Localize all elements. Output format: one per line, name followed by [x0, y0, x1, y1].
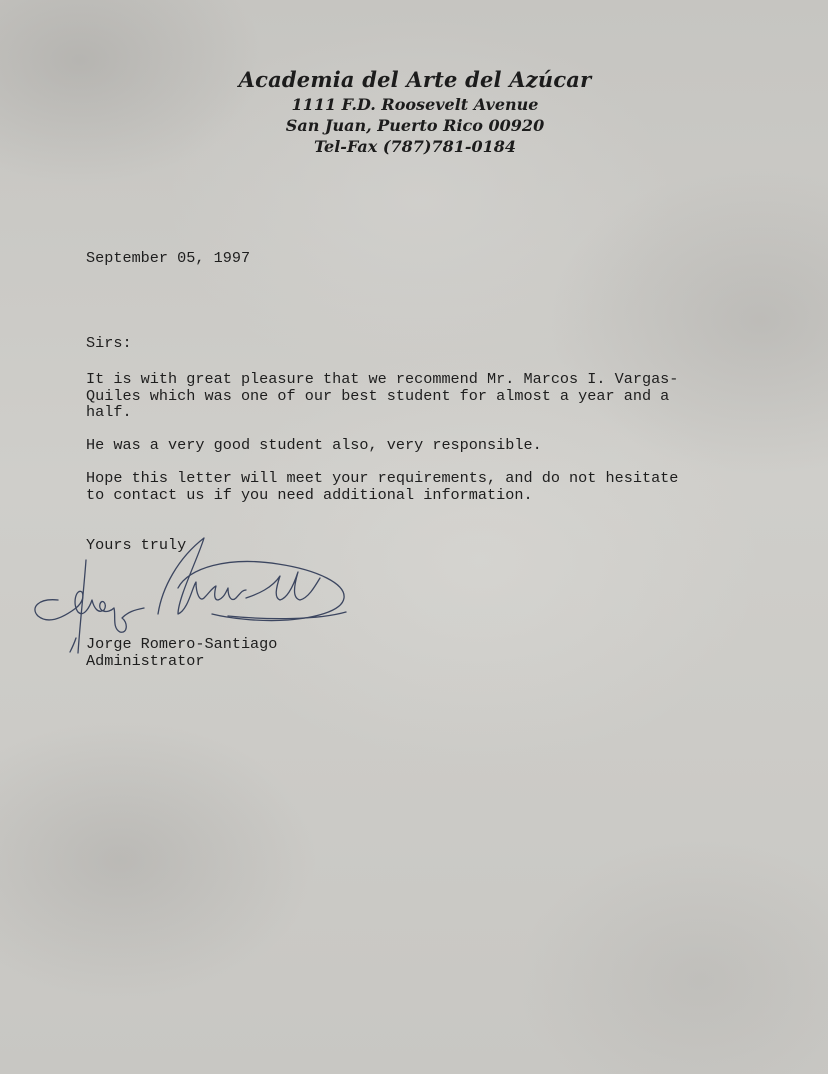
phone-fax: Tel-Fax (787)781-0184 — [230, 136, 600, 157]
salutation: Sirs: — [86, 335, 132, 352]
body-paragraph-3: Hope this letter will meet your requirem… — [86, 470, 678, 503]
signer-title: Administrator — [86, 653, 204, 670]
organization-name: Academia del Arte del Azúcar — [230, 66, 600, 94]
address-line-2: San Juan, Puerto Rico 00920 — [230, 115, 600, 136]
letter-date: September 05, 1997 — [86, 250, 250, 267]
body-paragraph-1: It is with great pleasure that we recomm… — [86, 371, 678, 421]
body-paragraph-2: He was a very good student also, very re… — [86, 437, 542, 454]
address-line-1: 1111 F.D. Roosevelt Avenue — [230, 94, 600, 115]
signer-name: Jorge Romero-Santiago — [86, 636, 277, 653]
letterhead: Academia del Arte del Azúcar 1111 F.D. R… — [230, 66, 600, 157]
